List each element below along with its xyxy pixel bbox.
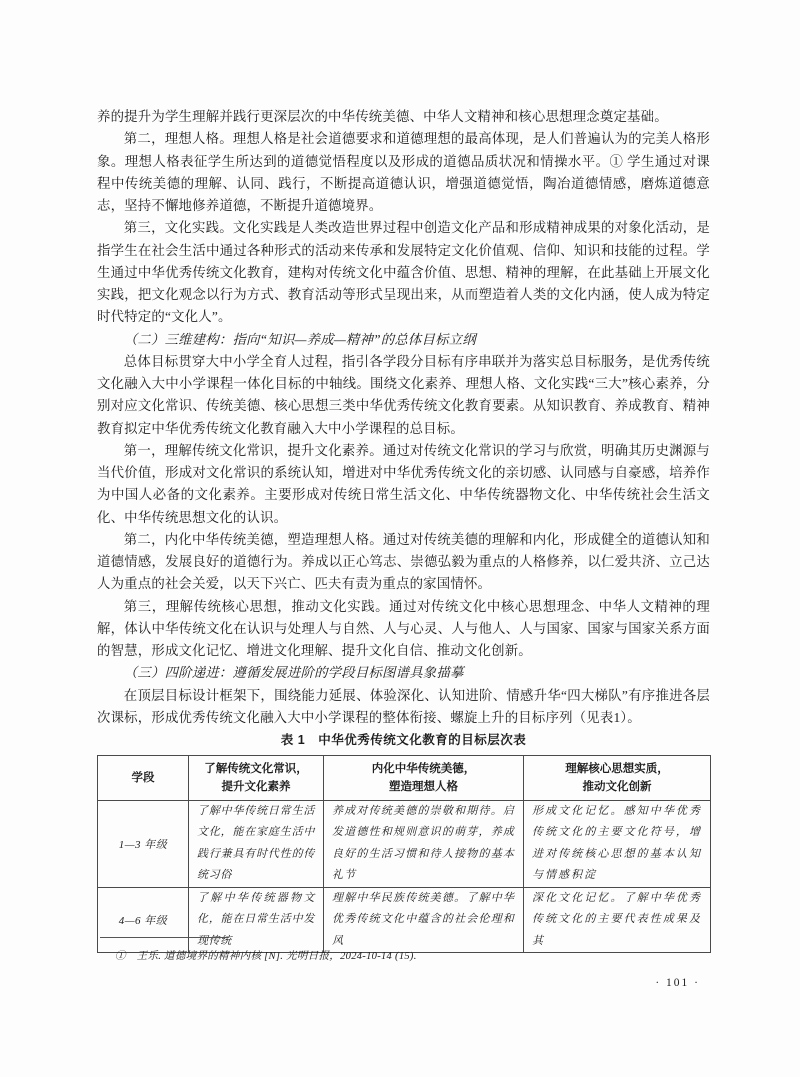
goals-table-block: 表 1 中华优秀传统文化教育的目标层次表 学段 了解传统文化常识， 提升文化素养… bbox=[97, 730, 710, 953]
paragraph-goal-third: 第三，理解传统核心思想，推动文化实践。通过对传统文化中核心思想理念、中华人文精神… bbox=[97, 596, 710, 663]
header-virtue: 内化中华传统美德， 塑造理想人格 bbox=[324, 756, 524, 801]
cell-g13-knowledge: 了解中华传统日常生活文化，能在家庭生活中践行兼具有时代性的传统习俗 bbox=[189, 801, 324, 888]
cell-g46-core-thought: 深化文化记忆。了解中华优秀传统文化的主要代表性成果及其 bbox=[524, 888, 711, 953]
paragraph-goal-first: 第一，理解传统文化常识，提升文化素养。通过对传统文化常识的学习与欣赏，明确其历史… bbox=[97, 440, 710, 529]
footnote-citation: ① 王乐. 道德境界的精神内核 [N]. 光明日报，2024-10-14 (15… bbox=[115, 948, 675, 963]
cell-g46-knowledge: 了解中华传统器物文化，能在日常生活中发现传统 bbox=[189, 888, 324, 953]
stage-grade4-6: 4—6 年级 bbox=[98, 888, 189, 953]
goals-table: 学段 了解传统文化常识， 提升文化素养 内化中华传统美德， 塑造理想人格 理解核… bbox=[97, 755, 711, 953]
section-heading-2: （二）三维建构：指向“知识—养成—精神”的总体目标立纲 bbox=[97, 329, 710, 351]
main-text-block: 养的提升为学生理解并践行更深层次的中华传统美德、中华人文精神和核心思想理念奠定基… bbox=[97, 106, 710, 756]
header-core-thought: 理解核心思想实质， 推动文化创新 bbox=[524, 756, 711, 801]
paragraph-ideal-personality: 第二，理想人格。理想人格是社会道德要求和道德理想的最高体现，是人们普遍认为的完美… bbox=[97, 128, 710, 217]
table-header-row: 学段 了解传统文化常识， 提升文化素养 内化中华传统美德， 塑造理想人格 理解核… bbox=[98, 756, 711, 801]
table-row-grade1-3: 1—3 年级 了解中华传统日常生活文化，能在家庭生活中践行兼具有时代性的传统习俗… bbox=[98, 801, 711, 888]
paragraph-continuation: 养的提升为学生理解并践行更深层次的中华传统美德、中华人文精神和核心思想理念奠定基… bbox=[97, 106, 710, 128]
paragraph-cultural-practice: 第三，文化实践。文化实践是人类改造世界过程中创造文化产品和形成精神成果的对象化活… bbox=[97, 217, 710, 328]
page-number: · 101 · bbox=[460, 977, 700, 989]
cell-g46-virtue: 理解中华民族传统美德。了解中华优秀传统文化中蕴含的社会伦理和风 bbox=[324, 888, 524, 953]
stage-grade1-3: 1—3 年级 bbox=[98, 801, 189, 888]
document-page: 养的提升为学生理解并践行更深层次的中华传统美德、中华人文精神和核心思想理念奠定基… bbox=[0, 0, 800, 1077]
header-stage-label: 学段 bbox=[132, 772, 155, 784]
paragraph-goal-second: 第二，内化中华传统美德，塑造理想人格。通过对传统美德的理解和内化，形成健全的道德… bbox=[97, 529, 710, 596]
table-title: 表 1 中华优秀传统文化教育的目标层次表 bbox=[97, 730, 710, 748]
table-row-grade4-6: 4—6 年级 了解中华传统器物文化，能在日常生活中发现传统 理解中华民族传统美德… bbox=[98, 888, 711, 953]
footnote-separator bbox=[100, 937, 228, 938]
cell-g13-core-thought: 形成文化记忆。感知中华优秀传统文化的主要文化符号，增进对传统核心思想的基本认知与… bbox=[524, 801, 711, 888]
paragraph-four-stages: 在顶层目标设计框架下，围绕能力延展、体验深化、认知进阶、情感升华“四大梯队”有序… bbox=[97, 685, 710, 730]
section-heading-3: （三）四阶递进：遵循发展进阶的学段目标图谱具象描摹 bbox=[97, 662, 710, 684]
header-knowledge: 了解传统文化常识， 提升文化素养 bbox=[189, 756, 324, 801]
header-stage: 学段 bbox=[98, 756, 189, 801]
cell-g13-virtue: 养成对传统美德的崇敬和期待。启发道德性和规则意识的萌芽，养成良好的生活习惯和待人… bbox=[324, 801, 524, 888]
paragraph-overall-goal: 总体目标贯穿大中小学全育人过程，指引各学段分目标有序串联并为落实总目标服务，是优… bbox=[97, 351, 710, 440]
